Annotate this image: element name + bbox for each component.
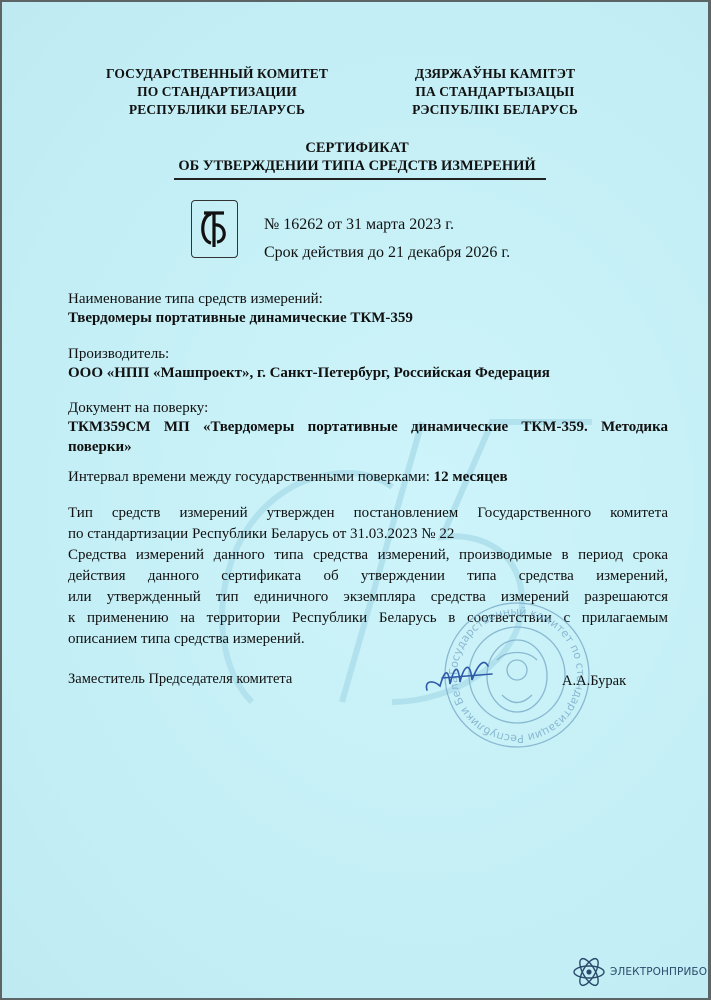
atom-icon xyxy=(572,957,606,987)
brand-logo: ЭЛЕКТРОНПРИБОР xyxy=(572,957,708,987)
title-line2: ОБ УТВЕРЖДЕНИИ ТИПА СРЕДСТВ ИЗМЕРЕНИЙ xyxy=(167,157,547,175)
verification-doc-label: Документ на поверку: xyxy=(68,400,208,417)
header-left-line2: ПО СТАНДАРТИЗАЦИИ xyxy=(97,83,337,101)
interval-value: 12 месяцев xyxy=(434,469,508,485)
p2-line1: Средства измерений данного типа средства… xyxy=(68,545,668,566)
verification-doc-line1: ТКМ359СМ МП «Твердомеры портативные дина… xyxy=(68,417,668,437)
approval-paragraph: Тип средств измерений утвержден постанов… xyxy=(68,503,668,545)
header-left-line3: РЕСПУБЛИКИ БЕЛАРУСЬ xyxy=(97,101,337,119)
certificate-page: ГОСУДАРСТВЕННЫЙ КОМИТЕТ ПО СТАНДАРТИЗАЦИ… xyxy=(2,2,708,998)
p2-line2: действия данного сертификата об утвержде… xyxy=(68,566,668,587)
manufacturer-value: ООО «НПП «Машпроект», г. Санкт-Петербург… xyxy=(68,365,550,382)
type-name-label: Наименование типа средств измерений: xyxy=(68,291,323,308)
header-right-line1: ДЗЯРЖАЎНЫ КАМІТЭТ xyxy=(390,65,600,83)
p1-line2: по стандартизации Республики Беларусь от… xyxy=(68,524,668,545)
header-left: ГОСУДАРСТВЕННЫЙ КОМИТЕТ ПО СТАНДАРТИЗАЦИ… xyxy=(97,65,337,119)
stb-logo xyxy=(191,200,238,258)
title-line1: СЕРТИФИКАТ xyxy=(167,139,547,157)
interval-label: Интервал времени между государственными … xyxy=(68,469,430,485)
certificate-validity: Срок действия до 21 декабря 2026 г. xyxy=(264,244,510,262)
type-name-value: Твердомеры портативные динамические ТКМ-… xyxy=(68,310,413,327)
p1-line1: Тип средств измерений утвержден постанов… xyxy=(68,503,668,524)
header-right: ДЗЯРЖАЎНЫ КАМІТЭТ ПА СТАНДАРТЫЗАЦЫІ РЭСП… xyxy=(390,65,600,119)
certificate-number: № 16262 от 31 марта 2023 г. xyxy=(264,216,454,234)
header-right-line2: ПА СТАНДАРТЫЗАЦЫІ xyxy=(390,83,600,101)
signer-position: Заместитель Председателя комитета xyxy=(68,671,292,688)
title-divider xyxy=(174,178,546,180)
brand-name: ЭЛЕКТРОНПРИБОР xyxy=(610,966,708,978)
stb-monogram-icon xyxy=(192,201,236,256)
manufacturer-label: Производитель: xyxy=(68,346,169,363)
signature-icon xyxy=(422,652,502,702)
verification-doc-line2: поверки» xyxy=(68,437,668,457)
signer-name: А.А.Бурак xyxy=(562,673,626,690)
header-left-line1: ГОСУДАРСТВЕННЫЙ КОМИТЕТ xyxy=(97,65,337,83)
verification-doc-value: ТКМ359СМ МП «Твердомеры портативные дина… xyxy=(68,417,668,457)
certificate-title: СЕРТИФИКАТ ОБ УТВЕРЖДЕНИИ ТИПА СРЕДСТВ И… xyxy=(167,139,547,175)
header-right-line3: РЭСПУБЛІКІ БЕЛАРУСЬ xyxy=(390,101,600,119)
interval-row: Интервал времени между государственными … xyxy=(68,469,508,486)
